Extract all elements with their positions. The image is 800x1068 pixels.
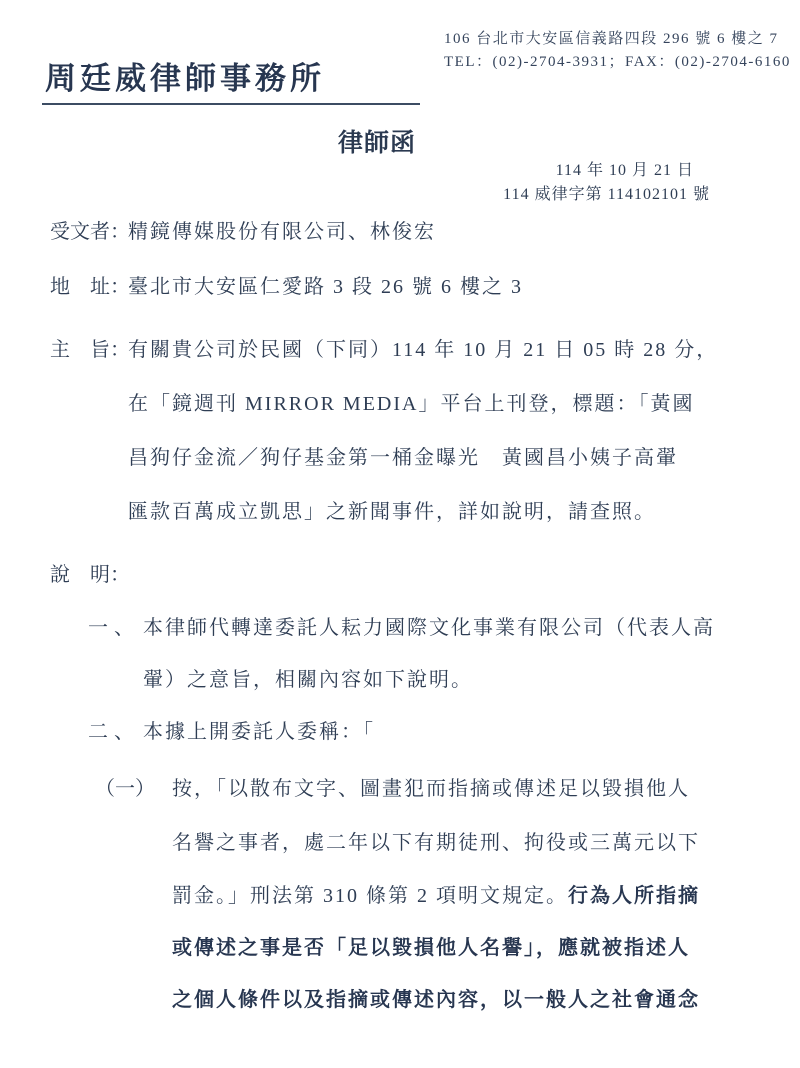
item1-line-1: 本律師代轉達委託人耘力國際文化事業有限公司（代表人高 [143, 613, 715, 643]
subject-label: 主 旨： [50, 335, 128, 365]
subitem1-row-1: （一） 按，「以散布文字、圖畫犯而指摘或傳述足以毀損他人 [0, 774, 800, 804]
item1-row-1: 一、 本律師代轉達委託人耘力國際文化事業有限公司（代表人高 [0, 613, 800, 643]
letter-title: 律師函 [338, 127, 416, 161]
subject-line-4: 匯款百萬成立凱思」之新聞事件，詳如說明，請查照。 [128, 497, 656, 527]
subject-row-4: 匯款百萬成立凱思」之新聞事件，詳如說明，請查照。 [0, 497, 800, 527]
subject-line-2: 在「鏡週刊 MIRROR MEDIA」平台上刊登，標題：「黃國 [128, 389, 694, 419]
subject-line-1: 有關貴公司於民國（下同）114 年 10 月 21 日 05 時 28 分， [128, 335, 718, 365]
explanation-heading: 說 明： [50, 560, 128, 590]
letter-ref-number: 114 威律字第 114102101 號 [503, 182, 710, 208]
subitem1-row-5: 之個人條件以及指摘或傳述內容，以一般人之社會通念 [0, 985, 800, 1015]
letterhead-address: 106 台北市大安區信義路四段 296 號 6 樓之 7 [444, 28, 791, 51]
letterhead-contact-block: 106 台北市大安區信義路四段 296 號 6 樓之 7 TEL：(02)-27… [444, 28, 791, 74]
item1-line-2: 翬）之意旨，相關內容如下說明。 [143, 665, 473, 695]
subitem1-line-5: 之個人條件以及指摘或傳述內容，以一般人之社會通念 [172, 985, 700, 1015]
subitem1-row-3: 罰金。」刑法第 310 條第 2 項明文規定。行為人所指摘 [0, 881, 800, 911]
item2-number: 二、 [88, 717, 140, 747]
item2-row-1: 二、 本據上開委託人委稱：「 [0, 717, 800, 747]
firm-name: 周廷威律師事務所 [45, 56, 325, 102]
subitem1-line-2: 名譽之事者，處二年以下有期徒刑、拘役或三萬元以下 [172, 828, 700, 858]
item2-line-1: 本據上開委託人委稱：「 [143, 717, 375, 747]
address-row: 地 址： 臺北市大安區仁愛路 3 段 26 號 6 樓之 3 [0, 272, 800, 302]
address-value: 臺北市大安區仁愛路 3 段 26 號 6 樓之 3 [128, 272, 523, 302]
letterhead-phone-fax: TEL：(02)-2704-3931；FAX：(02)-2704-6160 [444, 51, 791, 74]
subitem1-number: （一） [95, 774, 155, 804]
subject-row-3: 昌狗仔金流／狗仔基金第一桶金曝光 黃國昌小姨子高翬 [0, 443, 800, 473]
subitem1-line-3-bold: 行為人所指摘 [568, 885, 700, 907]
address-label: 地 址： [50, 272, 128, 302]
subitem1-line-3-normal: 罰金。」刑法第 310 條第 2 項明文規定。 [172, 885, 568, 907]
subitem1-row-2: 名譽之事者，處二年以下有期徒刑、拘役或三萬元以下 [0, 828, 800, 858]
recipient-row: 受文者： 精鏡傳媒股份有限公司、林俊宏 [0, 217, 800, 247]
subitem1-line-3: 罰金。」刑法第 310 條第 2 項明文規定。行為人所指摘 [172, 881, 700, 911]
subject-line-3: 昌狗仔金流／狗仔基金第一桶金曝光 黃國昌小姨子高翬 [128, 443, 678, 473]
letter-page: 周廷威律師事務所 106 台北市大安區信義路四段 296 號 6 樓之 7 TE… [0, 0, 800, 1068]
letter-date: 114 年 10 月 21 日 [556, 158, 694, 184]
subitem1-line-4: 或傳述之事是否「足以毀損他人名譽」，應就被指述人 [172, 933, 690, 963]
explanation-heading-row: 說 明： [0, 560, 800, 590]
recipient-value: 精鏡傳媒股份有限公司、林俊宏 [128, 217, 436, 247]
subitem1-line-1: 按，「以散布文字、圖畫犯而指摘或傳述足以毀損他人 [172, 774, 690, 804]
subject-row-1: 主 旨： 有關貴公司於民國（下同）114 年 10 月 21 日 05 時 28… [0, 335, 800, 365]
firm-name-underline [42, 103, 420, 105]
subject-row-2: 在「鏡週刊 MIRROR MEDIA」平台上刊登，標題：「黃國 [0, 389, 800, 419]
subitem1-row-4: 或傳述之事是否「足以毀損他人名譽」，應就被指述人 [0, 933, 800, 963]
item1-number: 一、 [88, 613, 140, 643]
item1-row-2: 翬）之意旨，相關內容如下說明。 [0, 665, 800, 695]
recipient-label: 受文者： [50, 217, 128, 247]
